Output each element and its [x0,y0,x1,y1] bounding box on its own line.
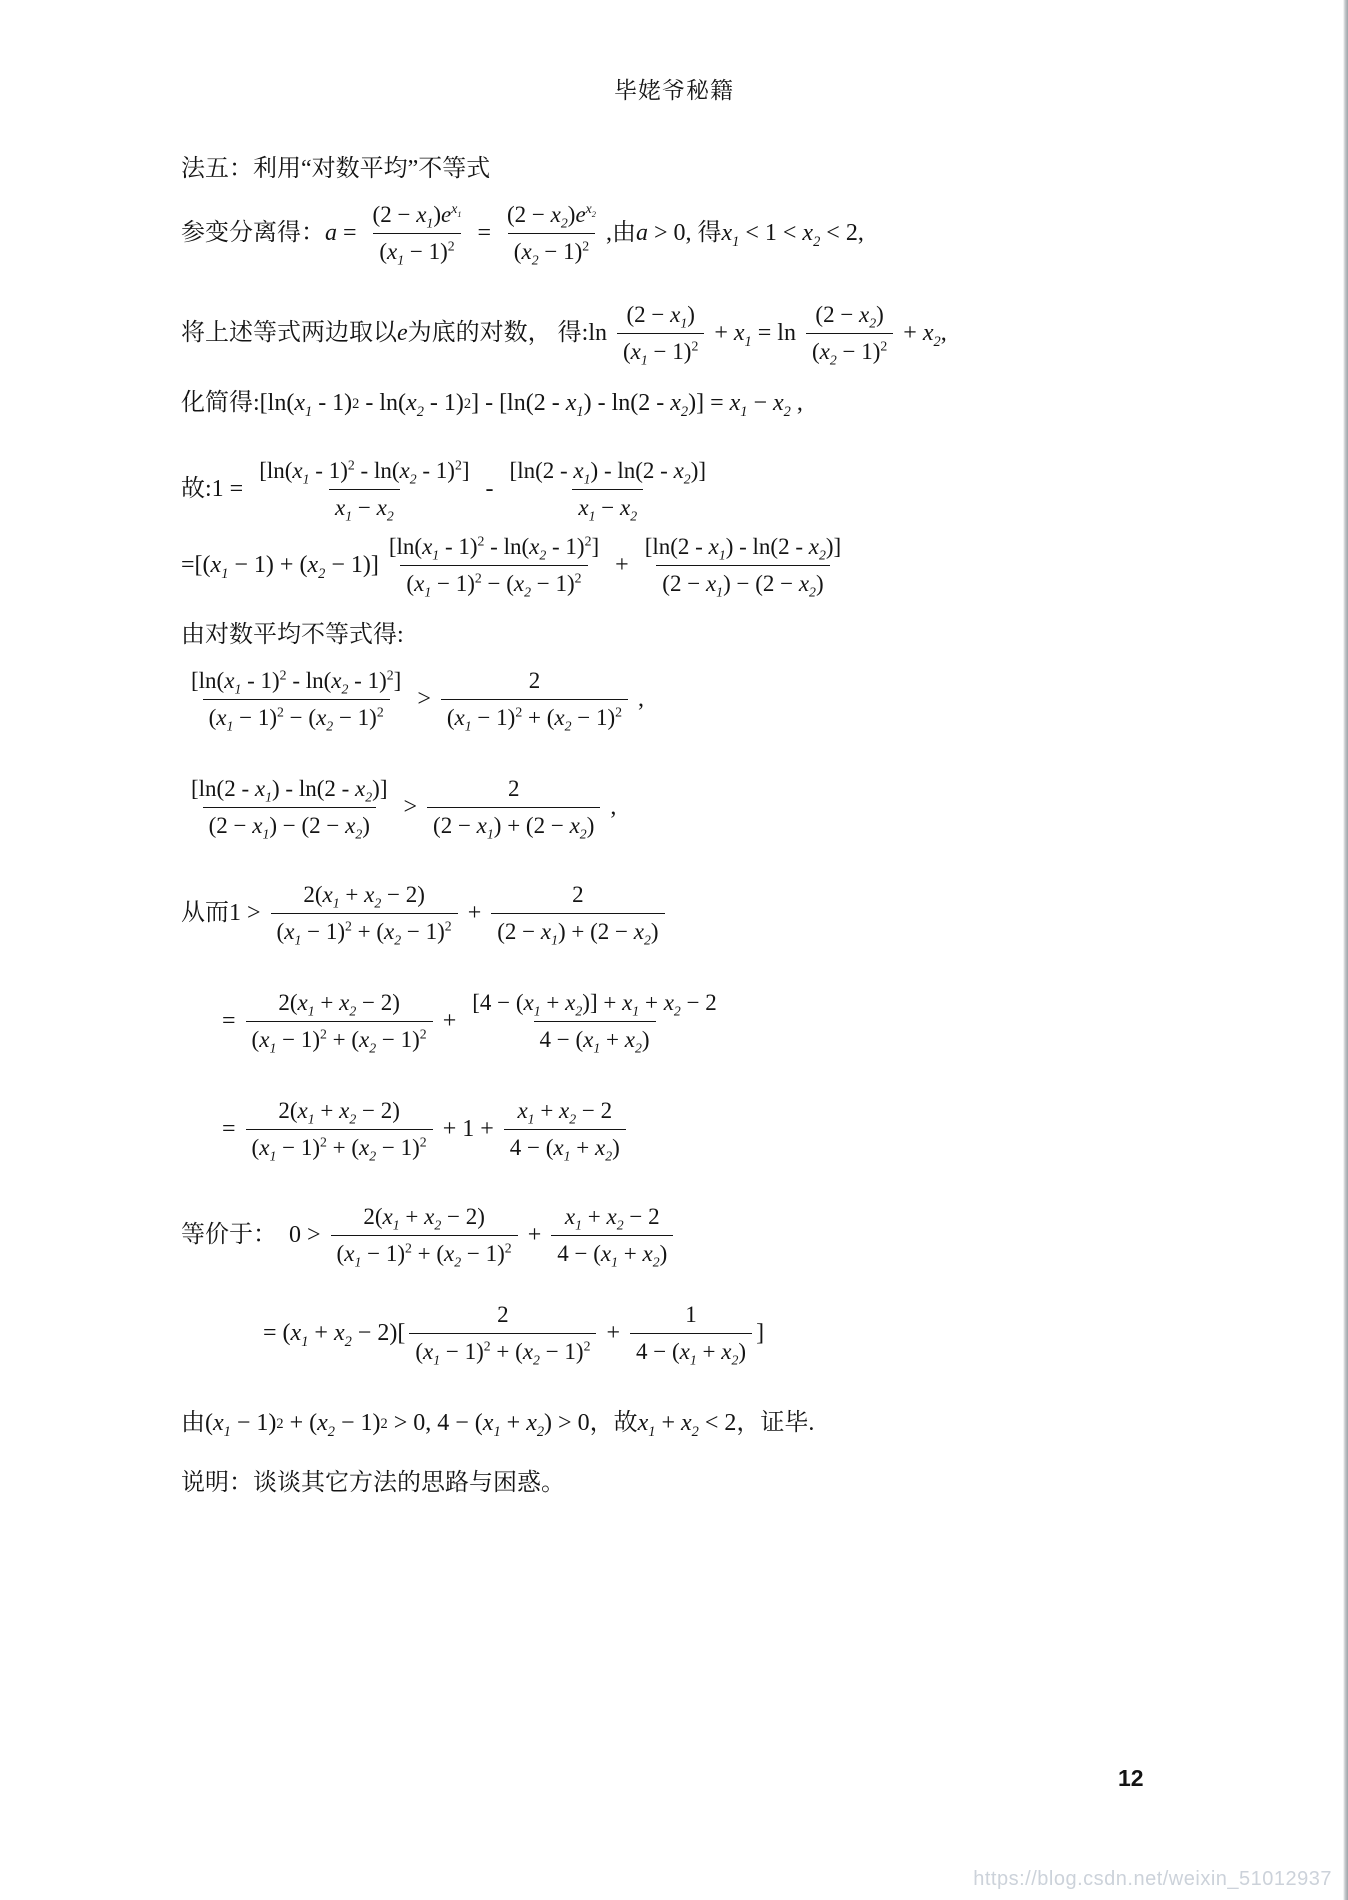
fraction: (2 − x1)ex1(x1 − 1)2 [367,200,468,267]
math-variable: x1 [601,1241,618,1266]
math-text: )] [691,458,706,483]
math-exponent: 2 [405,1240,412,1255]
eq-equivalent-to: 等价于： 0 > 2(x1 + x2 − 2)(x1 − 1)2 + (x2 −… [181,1202,677,1269]
math-variable: x2 [359,1135,376,1160]
math-text: - ln( [287,668,332,693]
math-exponent: 2 [585,533,592,548]
math-text: + [618,1241,642,1266]
math-text: 由( [181,1408,213,1439]
math-text: ( [415,1339,423,1364]
math-text: [ln(2 - [510,458,574,483]
math-text: 从而1 > [181,898,267,929]
math-text: (2 − [507,202,551,227]
math-text: ) [433,202,441,227]
math-text: ) + (2 − [494,813,570,838]
math-variable: x1 [284,919,301,944]
math-text: − 1) [571,705,615,730]
heading-method-five: 法五：利用“对数平均”不等式 [181,154,490,185]
math-text: - 1) [312,388,352,419]
math-variable: x1 [387,239,404,264]
fraction: x1 + x2 − 24 − (x1 + x2) [504,1096,626,1163]
math-text: ) [612,1135,620,1160]
math-text: − 2)[ [352,1318,406,1349]
fraction: 2(x1 + x2 − 2)(x1 − 1)2 + (x2 − 1)2 [331,1202,518,1269]
math-text: + [400,1204,424,1229]
math-text: 2( [278,990,297,1015]
math-text: + 1 + [437,1114,500,1145]
math-exponent: 2 [420,1026,427,1041]
math-variable: x1 [259,1135,276,1160]
math-variable: x1 [323,882,340,907]
fraction: x1 + x2 − 24 − (x1 + x2) [551,1202,673,1269]
math-variable: x1 [734,318,752,349]
ineq-log-mean-2: [ln(2 - x1) - ln(2 - x2)](2 − x1) − (2 −… [181,774,616,841]
math-variable: x1 [335,495,352,520]
math-exponent: 2 [575,570,582,585]
eq-rewrite-step-1: = 2(x1 + x2 − 2)(x1 − 1)2 + (x2 − 1)2 + … [222,988,727,1055]
math-text: + [315,990,339,1015]
math-variable: x1 [383,1204,400,1229]
eq-thus-one-greater: 从而1 > 2(x1 + x2 − 2)(x1 − 1)2 + (x2 − 1)… [181,880,669,947]
math-exponent: 2 [280,667,287,682]
math-text: ] [756,1318,764,1349]
ineq-log-mean-1: [ln(x1 - 1)2 - ln(x2 - 1)2](x1 − 1)2 − (… [181,666,644,733]
math-variable: x1 [709,534,726,559]
math-text: )] = [688,388,730,419]
math-text: ) [660,1241,668,1266]
math-text: ) - ln(2 - [726,534,809,559]
math-text: > 0, 得 [648,218,722,249]
math-variable: x2 [859,302,876,327]
math-exponent: 2 [484,1338,491,1353]
math-variable: x2 [523,1339,540,1364]
math-variable: x1 [583,1027,600,1052]
math-exponent: 2 [505,1240,512,1255]
math-text: ) − (2 − [723,571,799,596]
fraction: [4 − (x1 + x2)] + x1 + x2 − 24 − (x1 + x… [466,988,723,1055]
math-text: [ln( [389,534,422,559]
math-variable: x1 [483,1408,501,1439]
math-variable: a [325,218,337,249]
math-variable: x1 [573,458,590,483]
math-exponent: 2 [377,704,384,719]
math-variable: x1 [680,1339,697,1364]
math-text: − 1) [231,1408,277,1439]
math-text: - 1) [424,388,464,419]
math-variable: x2 [923,318,941,349]
math-text: ] [592,534,600,559]
math-text: 2 [497,1302,509,1327]
fraction: [ln(x1 - 1)2 - ln(x2 - 1)2](x1 − 1)2 − (… [185,666,407,733]
eq-hence-one-equals: 故:1 = [ln(x1 - 1)2 - ln(x2 - 1)2]x1 − x2… [181,456,716,523]
math-text: + [308,1318,334,1349]
math-variable: x1 [730,388,748,419]
math-text: + [522,1220,548,1251]
math-text: + ( [327,1027,359,1052]
math-variable: x1 [292,458,309,483]
math-exponent: 2 [445,918,452,933]
fraction: 2(x1 − 1)2 + (x2 − 1)2 [409,1300,596,1367]
eq-take-logarithm: 将上述等式两边取以e为底的对数， 得:ln (2 − x1)(x1 − 1)2 … [181,300,947,367]
math-variable: x2 [674,458,691,483]
fraction: [ln(2 - x1) - ln(2 - x2)](2 − x1) − (2 −… [185,774,393,841]
math-variable: x2 [384,919,401,944]
math-text: + [897,318,923,349]
math-text: + [600,1318,626,1349]
math-variable: x1 [706,571,723,596]
math-variable: x2 [799,571,816,596]
math-variable: x2 [643,1241,660,1266]
math-text: 等价于： 0 > [181,1220,327,1251]
math-variable: x2 [565,990,582,1015]
math-variable: x2 [607,1204,624,1229]
math-text: > 0, 4 − ( [388,1408,483,1439]
eq-factored-form: =[(x1 − 1) + (x2 − 1)][ln(x1 - 1)2 - ln(… [181,532,851,599]
math-text: + [582,1204,606,1229]
math-variable: x2 [559,1098,576,1123]
math-variable: x1 [566,388,584,419]
fraction: [ln(2 - x1) - ln(2 - x2)](2 − x1) − (2 −… [639,532,847,599]
math-variable: x1 [252,813,269,838]
math-exponent: 2 [455,457,462,472]
math-text: ( [379,239,387,264]
page-scan-edge [1343,0,1348,1900]
math-variable: x2 [424,1204,441,1229]
math-text: ) [687,302,695,327]
math-text: =[( [181,550,211,581]
math-variable: x2 [586,201,596,216]
math-text: [ln(2 - [191,776,255,801]
page-header-title: 毕姥爷秘籍 [0,72,1348,105]
math-variable: x1 [524,990,541,1015]
watermark-url: https://blog.csdn.net/weixin_51012937 [973,1868,1332,1891]
math-variable: x2 [625,1027,642,1052]
math-text: [ln( [191,668,224,693]
math-text: [ln( [259,458,292,483]
fraction: (2 − x1)(x1 − 1)2 [617,300,704,367]
math-text: − 1) [539,239,583,264]
math-text: + [708,318,734,349]
fraction: [ln(2 - x1) - ln(2 - x2)]x1 − x2 [504,456,712,523]
math-variable: x2 [316,705,333,730]
math-text: , [791,388,803,419]
math-text: ] [462,458,470,483]
math-text: (2 − [626,302,670,327]
math-text: ) − (2 − [269,813,345,838]
math-text: 化简得:[ln( [181,388,294,419]
math-variable: x2 [317,1408,335,1439]
math-exponent: 2 [387,667,394,682]
math-variable: x1 [622,990,639,1015]
math-text: − 1) [401,919,445,944]
math-text: 2( [303,882,322,907]
math-text: − 2 [624,1204,660,1229]
math-text: )] + [582,990,622,1015]
math-text: = [337,218,363,249]
math-text: − ( [482,571,514,596]
math-text: + [600,1027,624,1052]
math-text: − 1) [233,705,277,730]
math-text: ) - ln(2 - [584,388,671,419]
math-variable: x2 [634,919,651,944]
math-text: )] [826,534,841,559]
math-text: + [639,990,663,1015]
math-text: = ln [752,318,802,349]
math-text: − 1) [440,1339,484,1364]
fraction: 2(x1 + x2 − 2)(x1 − 1)2 + (x2 − 1)2 [246,1096,433,1163]
math-text: + ( [491,1339,523,1364]
math-text: + ( [352,919,384,944]
math-text: − 1) [531,571,575,596]
math-variable: ex2 [575,202,595,227]
math-text: 4 − ( [510,1135,554,1160]
math-text: − 1) [431,571,475,596]
math-variable: x2 [339,1098,356,1123]
math-text: − 2) [381,882,425,907]
math-variable: x2 [529,534,546,559]
math-variable: x2 [802,218,820,249]
math-variable: x1 [416,202,433,227]
math-variable: x1 [294,388,312,419]
math-text: − 1) + ( [228,550,307,581]
math-text: − 1)] [325,550,379,581]
math-variable: x1 [721,218,739,249]
math-exponent: 2 [691,338,698,353]
math-text: - 1) [348,668,386,693]
math-text: − 1) [333,705,377,730]
math-variable: x1 [224,668,241,693]
math-variable: x1 [291,1318,309,1349]
math-text: 2( [278,1098,297,1123]
math-text: - ln( [484,534,529,559]
fraction: 2(2 − x1) + (2 − x2) [491,880,664,947]
math-variable: x2 [334,1318,352,1349]
math-text: ) - ln(2 - [591,458,674,483]
math-text: − 1) [276,1027,320,1052]
fraction: [ln(x1 - 1)2 - ln(x2 - 1)2](x1 − 1)2 − (… [383,532,605,599]
math-text: < 2, [820,218,864,249]
fraction: 2(x1 + x2 − 2)(x1 − 1)2 + (x2 − 1)2 [271,880,458,947]
math-variable: x2 [359,1027,376,1052]
math-text: + ( [284,1408,318,1439]
math-text: ( [406,571,414,596]
math-text: + [501,1408,527,1439]
math-variable: x1 [553,1135,570,1160]
math-exponent: 2 [348,457,355,472]
math-text: ) [876,302,884,327]
math-text: − 2) [441,1204,485,1229]
math-variable: x2 [681,1408,699,1439]
math-variable: e [397,318,408,349]
math-variable: x2 [620,495,637,520]
math-text: − [747,388,773,419]
eq-factor-out: = (x1 + x2 − 2)[2(x1 − 1)2 + (x2 − 1)2 +… [263,1300,764,1367]
math-text: − 1) [376,1027,420,1052]
eq-rewrite-step-2: = 2(x1 + x2 − 2)(x1 − 1)2 + (x2 − 1)2 + … [222,1096,630,1163]
math-exponent: 2 [277,704,284,719]
math-text: − 1) [540,1339,584,1364]
math-text: , [632,684,644,715]
math-text: ) + (2 − [558,919,634,944]
math-variable: x2 [331,668,348,693]
math-text: 1 [685,1302,697,1327]
math-variable: a [636,218,648,249]
math-text: ) [587,813,595,838]
math-text: + ( [327,1135,359,1160]
math-text: 参变分离得： [181,218,325,249]
math-text: + [535,1098,559,1123]
math-text: - ln( [355,458,400,483]
math-text: < 2，证毕. [699,1408,815,1439]
math-text: - 1) [241,668,279,693]
math-exponent: 2 [584,1338,591,1353]
math-exponent: 2 [320,1026,327,1041]
math-variable: x2 [526,1408,544,1439]
math-text: 故:1 = [181,474,249,505]
math-text: − 1) [276,1135,320,1160]
math-text: - 1) [546,534,584,559]
math-exponent: 2 [420,1134,427,1149]
math-variable: x2 [307,550,325,581]
math-text: + [541,990,565,1015]
math-text: + [437,1006,463,1037]
math-variable: x1 [344,1241,361,1266]
math-variable: x2 [595,1135,612,1160]
math-text: − 1) [837,339,881,364]
math-text: ( [812,339,820,364]
math-exponent: 2 [615,704,622,719]
math-text: - [480,474,500,505]
math-text: 4 − ( [557,1241,601,1266]
math-variable: x2 [809,534,826,559]
math-variable: x1 [565,1204,582,1229]
math-variable: x2 [773,388,791,419]
math-text: − 1) [335,1408,381,1439]
math-text: (2 − [497,919,541,944]
math-variable: x1 [211,550,229,581]
math-text: ( [623,339,631,364]
math-text: ] - [ln(2 - [471,388,566,419]
math-text: + [340,882,364,907]
document-page: 毕姥爷秘籍 法五：利用“对数平均”不等式参变分离得：a = (2 − x1)ex… [0,0,1348,1900]
math-variable: x2 [355,776,372,801]
fraction: 2(x1 + x2 − 2)(x1 − 1)2 + (x2 − 1)2 [246,988,433,1055]
math-variable: x1 [670,302,687,327]
math-variable: x1 [259,1027,276,1052]
math-text: [4 − ( [472,990,523,1015]
math-text: = [471,218,497,249]
math-text: < 1 < [739,218,802,249]
math-text: − [352,495,376,520]
math-variable: x2 [554,705,571,730]
math-text: [ln(2 - [645,534,709,559]
math-text: ) [651,919,659,944]
math-text: − 1) [648,339,692,364]
math-variable: x2 [377,495,394,520]
math-variable: ex1 [441,202,461,227]
math-text: (2 − [433,813,477,838]
math-text: 2 [508,776,520,801]
math-text: 由对数平均不等式得: [181,620,404,651]
math-variable: x1 [541,919,558,944]
math-variable: x2 [364,882,381,907]
math-variable: x1 [423,1339,440,1364]
fraction: [ln(x1 - 1)2 - ln(x2 - 1)2]x1 − x2 [253,456,475,523]
math-variable: x2 [664,990,681,1015]
math-text: − ( [284,705,316,730]
math-text: ) [816,571,824,596]
eq-simplify: 化简得:[ln(x1 - 1)2 - ln(x2 - 1)2] - [ln(2 … [181,388,803,419]
math-text: 4 − ( [636,1339,680,1364]
math-text: 2( [363,1204,382,1229]
math-text: - ln( [359,388,406,419]
math-text: (2 − [373,202,417,227]
math-text: − 1) [301,919,345,944]
math-text: − [596,495,620,520]
math-exponent: 2 [345,918,352,933]
math-text: ] [394,668,402,693]
math-variable: x2 [444,1241,461,1266]
math-text: − 2 [681,990,717,1015]
math-variable: x1 [213,1408,231,1439]
math-variable: x2 [400,458,417,483]
math-exponent: 2 [880,338,887,353]
math-text: 2 [529,668,541,693]
math-variable: x2 [570,813,587,838]
math-variable: x1 [298,1098,315,1123]
math-text: ) - ln(2 - [272,776,355,801]
math-text: 说明：谈谈其它方法的思路与困惑。 [181,1468,565,1499]
math-text: 将上述等式两边取以 [181,318,397,349]
math-text: 为底的对数， 得:ln [408,318,613,349]
math-text: + [609,550,635,581]
math-variable: x1 [631,339,648,364]
fraction: (2 − x2)ex2(x2 − 1)2 [501,200,602,267]
math-text: )] [372,776,387,801]
math-text: − 1) [472,705,516,730]
math-text: − 1) [404,239,448,264]
math-variable: x2 [721,1339,738,1364]
math-text: ,由 [606,218,636,249]
math-exponent: 2 [582,238,589,253]
math-text: = [222,1006,242,1037]
math-text: = [222,1114,242,1145]
math-exponent: 2 [320,1134,327,1149]
math-text: + [315,1098,339,1123]
math-text: + [655,1408,681,1439]
math-text: ) [642,1027,650,1052]
math-text: − 1) [361,1241,405,1266]
math-text: 4 − ( [540,1027,584,1052]
math-variable: x2 [820,339,837,364]
math-text: + ( [522,705,554,730]
page-number: 12 [1118,1765,1144,1792]
math-text: , [604,792,616,823]
math-text: + [571,1135,595,1160]
eq-param-separation: 参变分离得：a = (2 − x1)ex1(x1 − 1)2 = (2 − x2… [181,200,864,267]
math-variable: x1 [455,705,472,730]
math-variable: x1 [298,990,315,1015]
math-variable: x2 [406,388,424,419]
math-variable: x1 [255,776,272,801]
math-variable: x2 [521,239,538,264]
math-variable: x1 [477,813,494,838]
math-text: ( [447,705,455,730]
math-text: − 2 [576,1098,612,1123]
math-exponent: 2 [475,570,482,585]
math-text: ) > 0，故 [544,1408,638,1439]
math-text: − 1) [376,1135,420,1160]
